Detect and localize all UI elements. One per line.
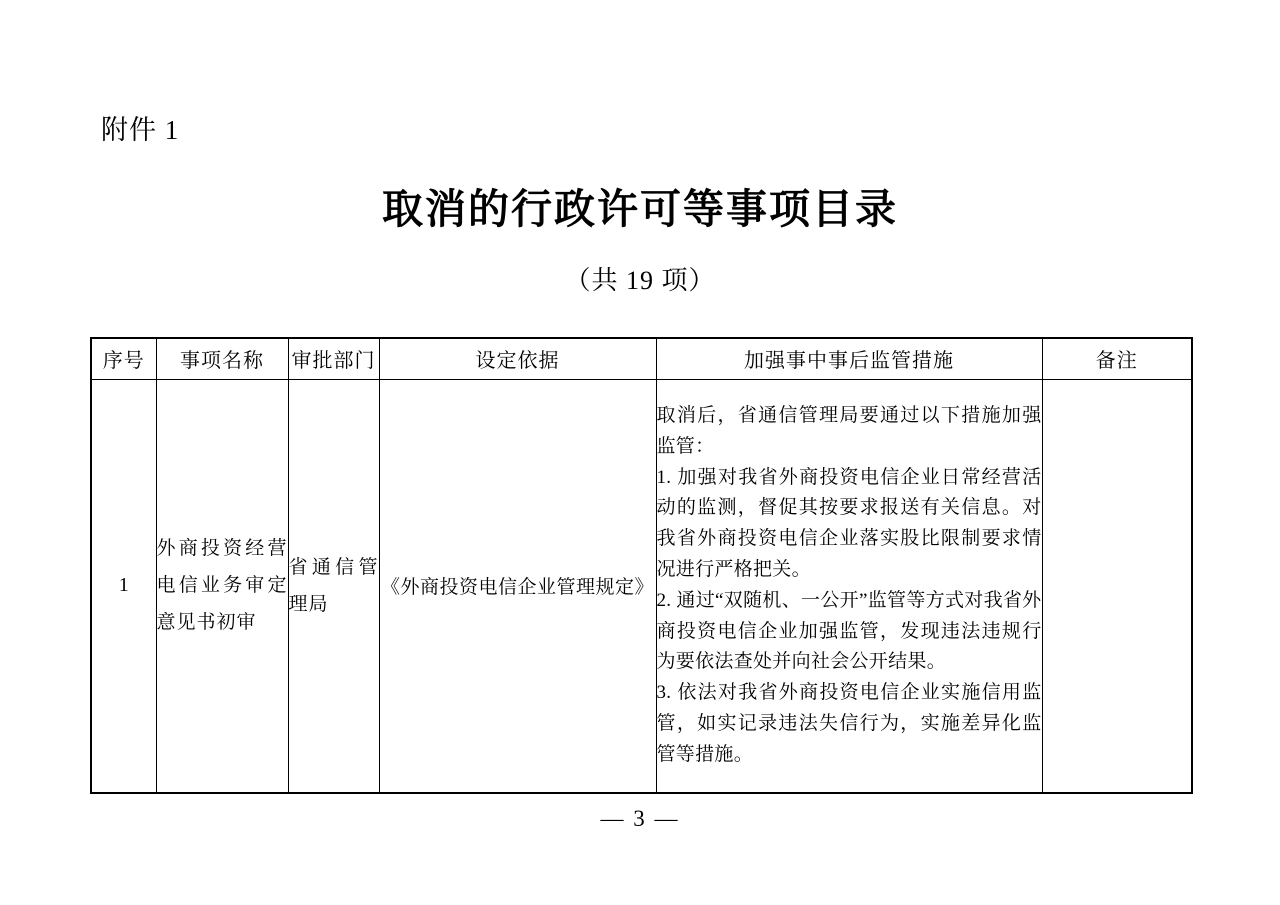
page-number: — 3 — <box>0 806 1280 832</box>
cell-item-name: 外商投资经营电信业务审定意见书初审 <box>156 379 288 793</box>
col-header-item-name: 事项名称 <box>156 338 288 379</box>
col-header-remarks: 备注 <box>1042 338 1192 379</box>
supervision-measure-paragraph: 取消后，省通信管理局要通过以下措施加强监管： <box>657 401 1042 463</box>
supervision-measure-paragraph: 1. 加强对我省外商投资电信企业日常经营活动的监测，督促其按要求报送有关信息。对… <box>657 463 1042 586</box>
table-header-row: 序号 事项名称 审批部门 设定依据 加强事中事后监管措施 备注 <box>91 338 1192 379</box>
attachment-label: 附件 1 <box>101 108 179 147</box>
page-subtitle: （共 19 项） <box>0 260 1280 297</box>
col-header-index: 序号 <box>91 338 156 379</box>
cell-remarks <box>1042 379 1192 793</box>
items-table: 序号 事项名称 审批部门 设定依据 加强事中事后监管措施 备注 1 外商投资经营… <box>90 337 1193 794</box>
page-title: 取消的行政许可等事项目录 <box>0 176 1280 235</box>
cell-index: 1 <box>91 379 156 793</box>
supervision-measure-paragraph: 3. 依法对我省外商投资电信企业实施信用监管，如实记录违法失信行为，实施差异化监… <box>657 678 1042 770</box>
supervision-measure-paragraph: 2. 通过“双随机、一公开”监管等方式对我省外商投资电信企业加强监管，发现违法违… <box>657 586 1042 678</box>
col-header-supervision-measures: 加强事中事后监管措施 <box>656 338 1042 379</box>
col-header-setting-basis: 设定依据 <box>379 338 656 379</box>
table-row: 1 外商投资经营电信业务审定意见书初审 省通信管理局 《外商投资电信企业管理规定… <box>91 379 1192 793</box>
col-header-approval-department: 审批部门 <box>288 338 379 379</box>
cell-supervision-measures: 取消后，省通信管理局要通过以下措施加强监管：1. 加强对我省外商投资电信企业日常… <box>656 379 1042 793</box>
document-page: { "page": { "attachment_label": "附件 1", … <box>0 0 1280 905</box>
cell-setting-basis: 《外商投资电信企业管理规定》 <box>379 379 656 793</box>
cell-approval-department: 省通信管理局 <box>288 379 379 793</box>
